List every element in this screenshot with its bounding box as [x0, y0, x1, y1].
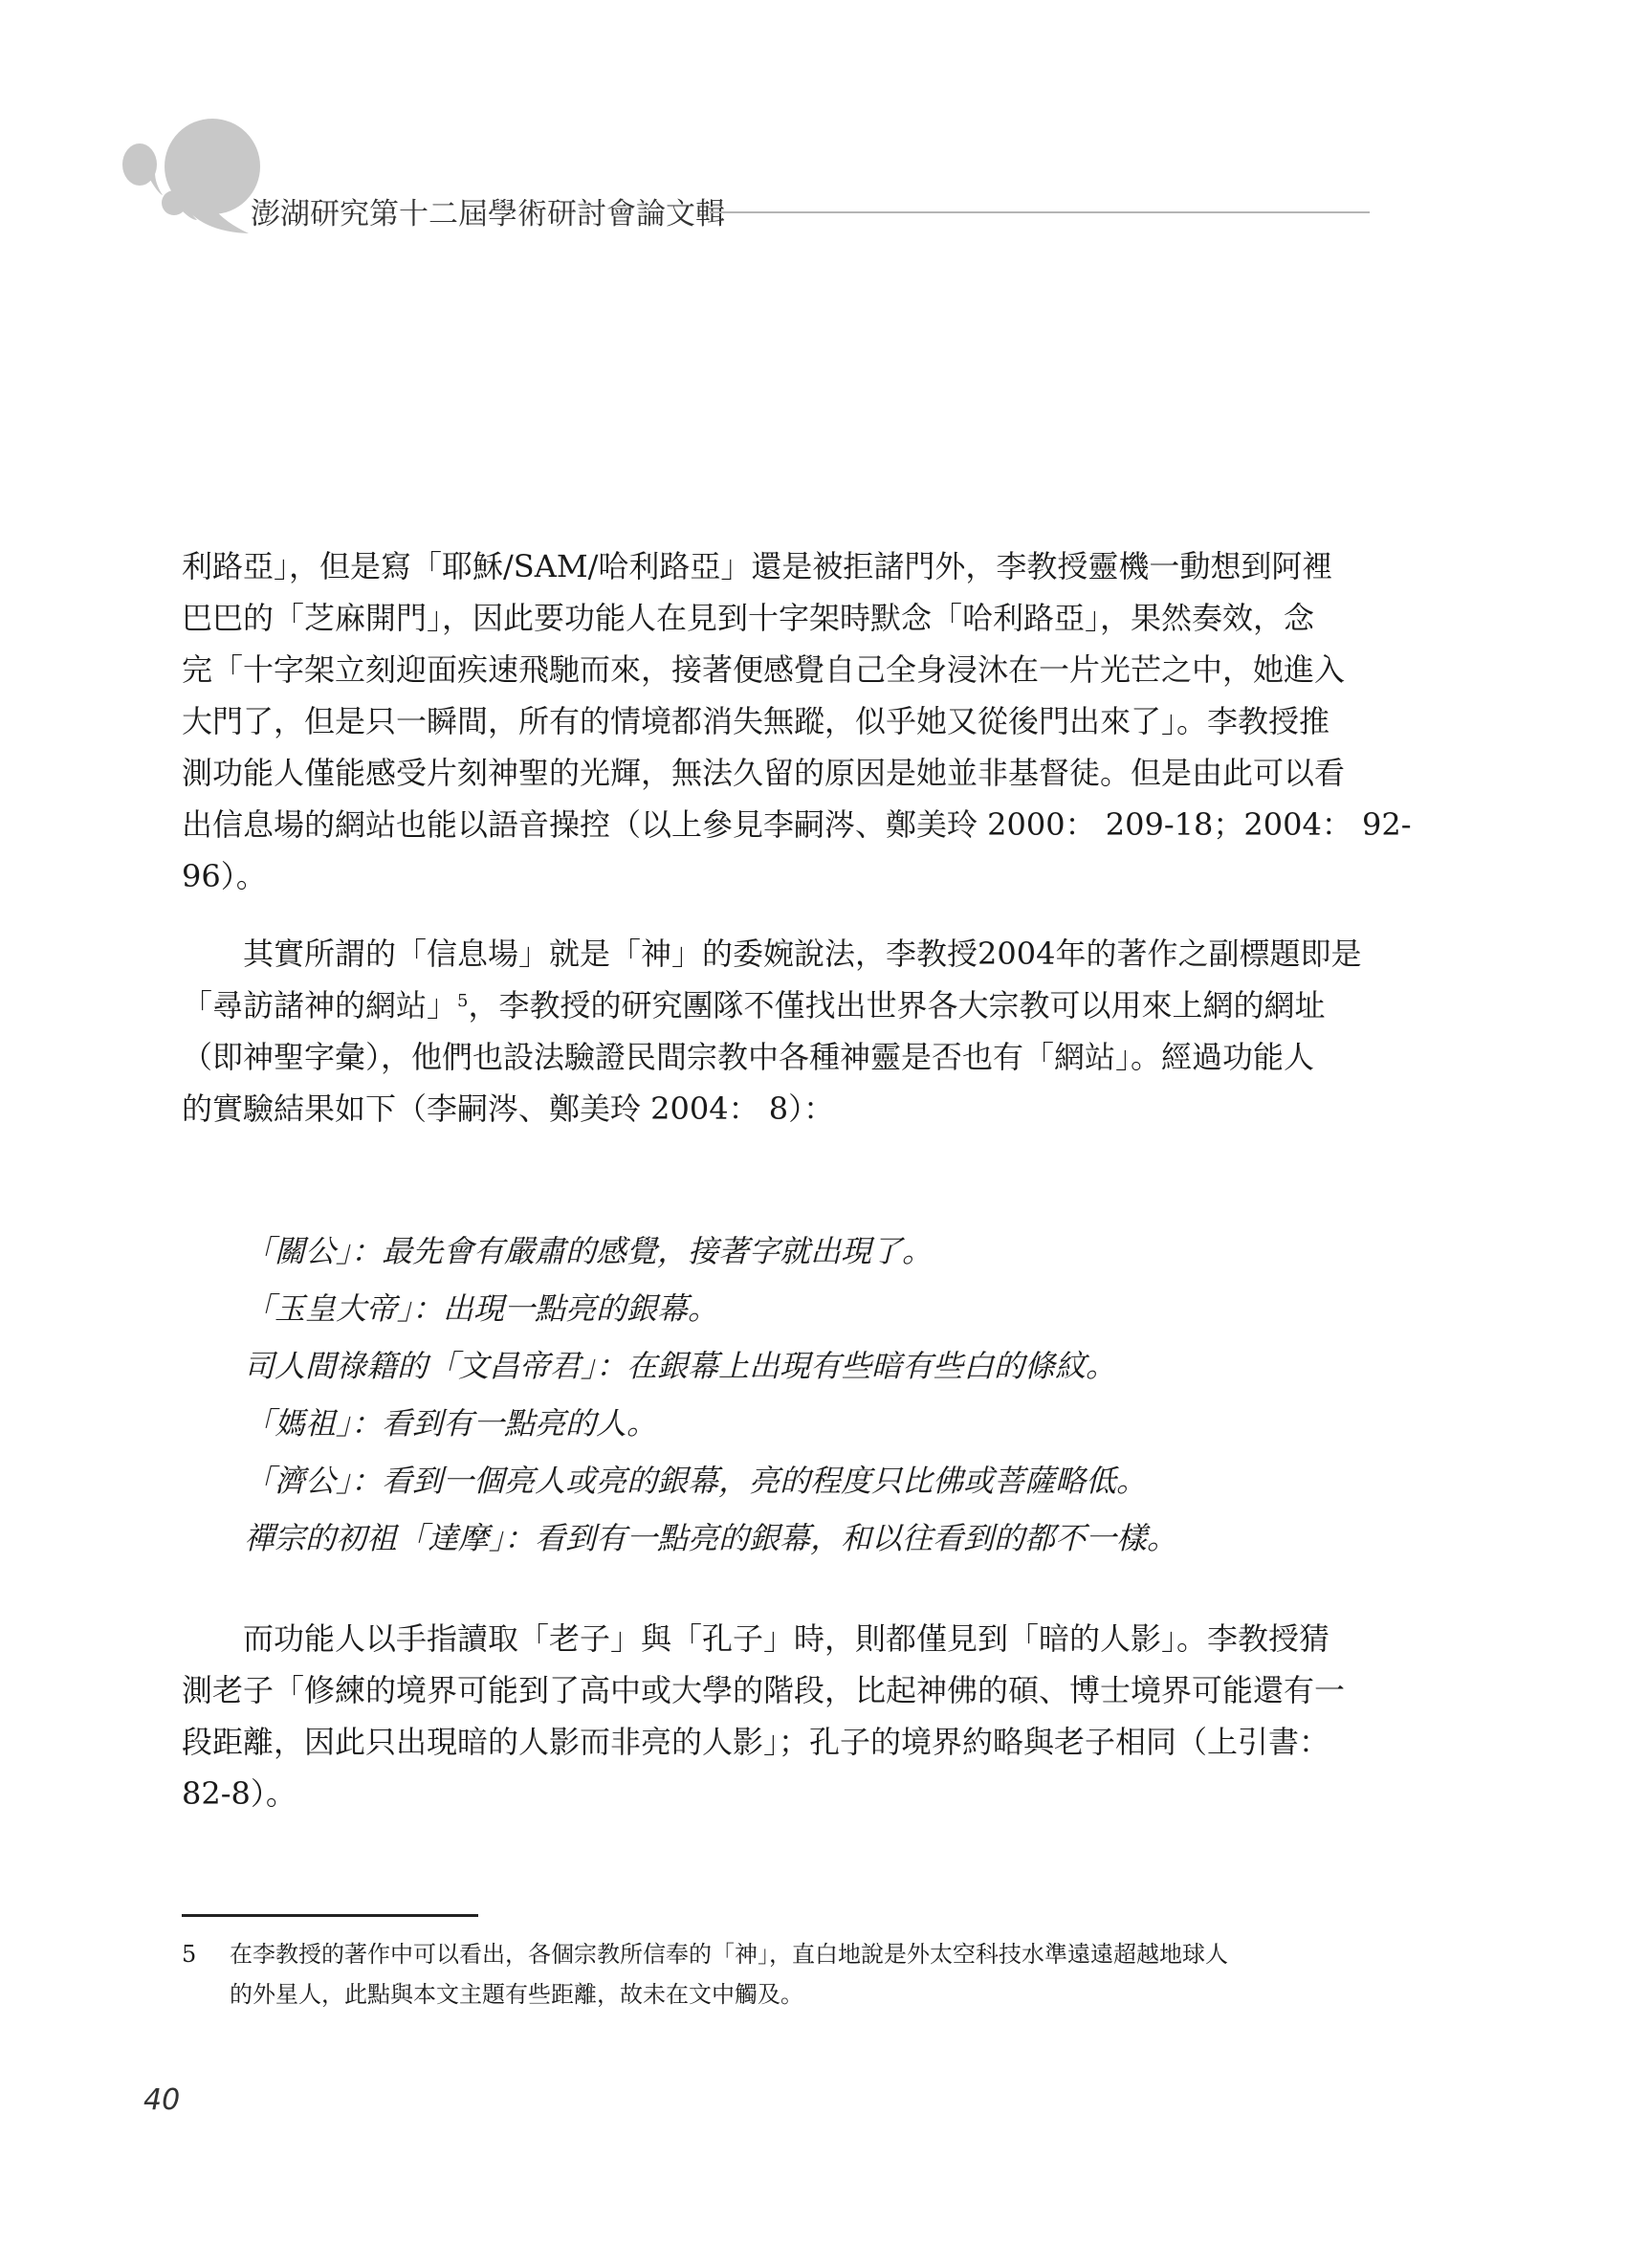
paragraph-line: 而功能人以手指讀取「老子」與「孔子」時，則都僅見到「暗的人影」。李教授猜: [182, 1613, 1373, 1664]
quote-line: 「關公」：最先會有嚴肅的感覺，接著字就出現了。: [244, 1222, 1177, 1280]
quote-line: 「玉皇大帝」：出現一點亮的銀幕。: [244, 1280, 1177, 1337]
paragraph-2: 其實所謂的「信息場」就是「神」的委婉說法，李教授2004年的著作之副標題即是 「…: [182, 928, 1373, 1134]
running-header-title: 澎湖研究第十二屆學術研討會論文輯: [251, 189, 725, 232]
footnote-reference[interactable]: 5: [457, 991, 468, 1011]
paragraph-line: 其實所謂的「信息場」就是「神」的委婉說法，李教授2004年的著作之副標題即是: [182, 928, 1373, 980]
page-number: 40: [143, 2083, 180, 2117]
paragraph-1: 利路亞」，但是寫「耶穌/SAM/哈利路亞」還是被拒諸門外，李教授靈機一動想到阿裡…: [182, 540, 1373, 902]
speech-bubbles-icon: [105, 107, 268, 241]
paragraph-3: 而功能人以手指讀取「老子」與「孔子」時，則都僅見到「暗的人影」。李教授猜 測老子…: [182, 1613, 1373, 1819]
paragraph-line: 測功能人僅能感受片刻神聖的光輝，無法久留的原因是她並非基督徒。但是由此可以看: [182, 747, 1373, 799]
paragraph-line: 完「十字架立刻迎面疾速飛馳而來，接著便感覺自己全身浸沐在一片光芒之中，她進入: [182, 644, 1373, 695]
quote-line: 禪宗的初祖「達摩」：看到有一點亮的銀幕，和以往看到的都不一樣。: [244, 1509, 1177, 1567]
paragraph-line: 82-8）。: [182, 1768, 1373, 1819]
paragraph-line: 出信息場的網站也能以語音操控（以上參見李嗣涔、鄭美玲 2000： 209-18；…: [182, 799, 1373, 850]
header-rule: [710, 211, 1370, 213]
paragraph-line: 「尋訪諸神的網站」5，李教授的研究團隊不僅找出世界各大宗教可以用來上網的網址: [182, 980, 1373, 1031]
paragraph-text: 「尋訪諸神的網站」: [182, 987, 457, 1024]
footnote-line: 在李教授的著作中可以看出，各個宗教所信奉的「神」，直白地說是外太空科技水準遠遠超…: [230, 1934, 1377, 1974]
paragraph-text: ，李教授的研究團隊不僅找出世界各大宗教可以用來上網的網址: [468, 987, 1325, 1024]
footnote-separator: [182, 1914, 478, 1917]
footnote-text: 在李教授的著作中可以看出，各個宗教所信奉的「神」，直白地說是外太空科技水準遠遠超…: [230, 1934, 1377, 2015]
block-quote: 「關公」：最先會有嚴肅的感覺，接著字就出現了。 「玉皇大帝」：出現一點亮的銀幕。…: [244, 1222, 1177, 1567]
quote-line: 「媽祖」：看到有一點亮的人。: [244, 1395, 1177, 1452]
paragraph-line: （即神聖字彙），他們也設法驗證民間宗教中各種神靈是否也有「網站」。經過功能人: [182, 1031, 1373, 1083]
quote-line: 「濟公」：看到一個亮人或亮的銀幕，亮的程度只比佛或菩薩略低。: [244, 1452, 1177, 1509]
paragraph-line: 大門了，但是只一瞬間，所有的情境都消失無蹤，似乎她又從後門出來了」。李教授推: [182, 695, 1373, 747]
paragraph-line: 測老子「修練的境界可能到了高中或大學的階段，比起神佛的碩、博士境界可能還有一: [182, 1664, 1373, 1716]
footnote-number: 5: [182, 1934, 196, 1974]
paragraph-line: 巴巴的「芝麻開門」，因此要功能人在見到十字架時默念「哈利路亞」，果然奏效，念: [182, 592, 1373, 644]
paragraph-line: 96）。: [182, 850, 1373, 902]
paragraph-line: 的實驗結果如下（李嗣涔、鄭美玲 2004： 8）：: [182, 1083, 1373, 1134]
quote-line: 司人間祿籍的「文昌帝君」：在銀幕上出現有些暗有些白的條紋。: [244, 1337, 1177, 1395]
paragraph-line: 利路亞」，但是寫「耶穌/SAM/哈利路亞」還是被拒諸門外，李教授靈機一動想到阿裡: [182, 540, 1373, 592]
footnote-line: 的外星人，此點與本文主題有些距離，故未在文中觸及。: [230, 1974, 1377, 2015]
paragraph-line: 段距離，因此只出現暗的人影而非亮的人影」；孔子的境界約略與老子相同（上引書：: [182, 1716, 1373, 1768]
